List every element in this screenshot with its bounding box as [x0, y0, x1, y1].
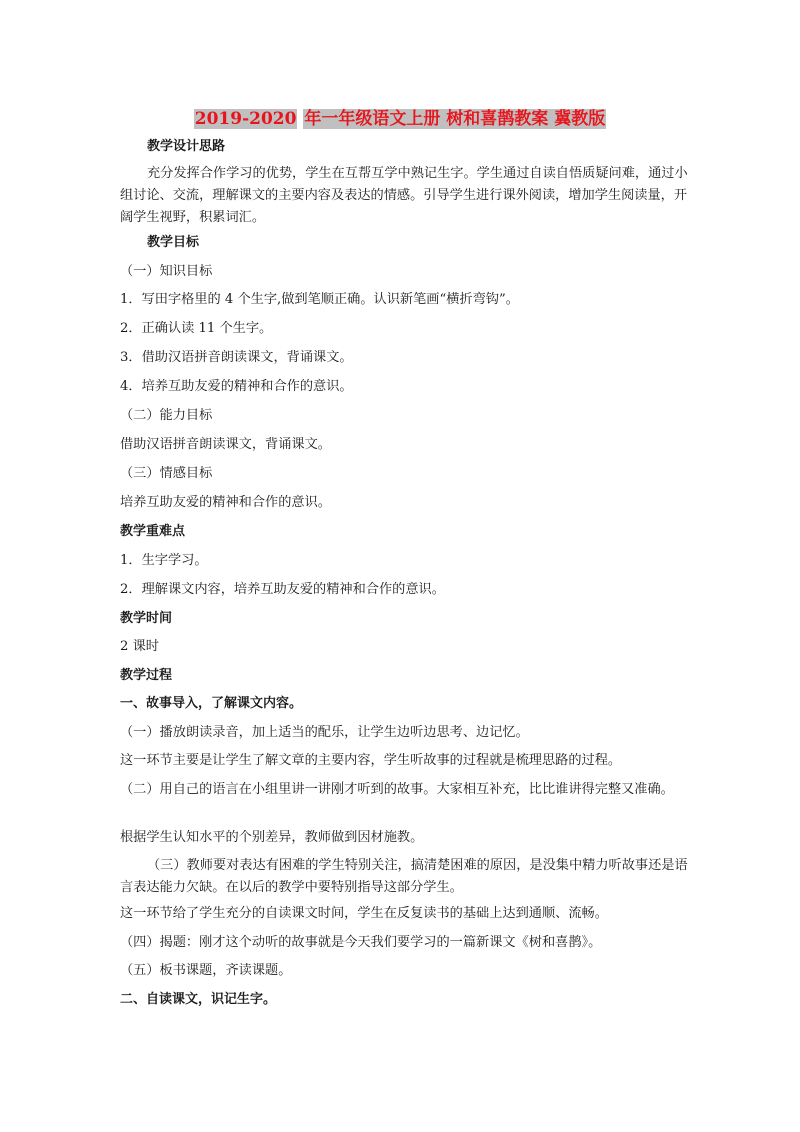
process-line-6: 言表达能力欠缺。在以后的教学中要特别指导这部分学生。: [120, 877, 685, 899]
key-point-1: 1．生字学习。: [120, 550, 685, 572]
design-paragraph-line3: 阔学生视野，积累词汇。: [120, 207, 685, 229]
ability-heading: （二）能力目标: [120, 405, 685, 427]
emotion-heading: （三）情感目标: [120, 463, 685, 485]
document-title: 2019-2020 年一年级语文上册 树和喜鹊教案 冀教版: [0, 108, 800, 130]
title-text: 年一年级语文上册 树和喜鹊教案 冀教版: [303, 109, 606, 129]
document-page: 2019-2020 年一年级语文上册 树和喜鹊教案 冀教版 教学设计思路 充分发…: [0, 0, 800, 1132]
knowledge-item-2: 2．正确认读 11 个生字。: [120, 318, 685, 340]
heading-design: 教学设计思路: [147, 136, 712, 158]
knowledge-heading: （一）知识目标: [120, 261, 685, 283]
heading-process: 教学过程: [120, 665, 685, 687]
process-line-5: （三）教师要对表达有困难的学生特别关注，搞清楚困难的原因，是没集中精力听故事还是…: [147, 855, 712, 877]
process-line-7: 这一环节给了学生充分的自读课文时间，学生在反复读书的基础上达到通顺、流畅。: [120, 903, 685, 925]
process-line-8: （四）揭题：刚才这个动听的故事就是今天我们要学习的一篇新课文《树和喜鹊》。: [120, 932, 685, 954]
process-part1-heading: 一、故事导入，了解课文内容。: [120, 693, 685, 715]
heading-goals: 教学目标: [147, 232, 712, 254]
time-text: 2 课时: [120, 636, 685, 658]
process-line-1: （一）播放朗读录音，加上适当的配乐，让学生边听边思考、边记忆。: [120, 722, 685, 744]
emotion-text: 培养互助友爱的精神和合作的意识。: [120, 492, 685, 514]
process-line-4: 根据学生认知水平的个别差异，教师做到因材施教。: [120, 827, 685, 849]
heading-time: 教学时间: [120, 608, 685, 630]
process-line-9: （五）板书课题，齐读课题。: [120, 960, 685, 982]
knowledge-item-3: 3．借助汉语拼音朗读课文，背诵课文。: [120, 347, 685, 369]
key-point-2: 2．理解课文内容，培养互助友爱的精神和合作的意识。: [120, 579, 685, 601]
process-line-2: 这一环节主要是让学生了解文章的主要内容，学生听故事的过程就是梳理思路的过程。: [120, 750, 685, 772]
process-line-3: （二）用自己的语言在小组里讲一讲刚才听到的故事。大家相互补充，比比谁讲得完整又准…: [120, 779, 685, 801]
heading-key-points: 教学重难点: [120, 521, 685, 543]
ability-text: 借助汉语拼音朗读课文，背诵课文。: [120, 434, 685, 456]
process-part2-heading: 二、自读课文，识记生字。: [120, 989, 685, 1011]
knowledge-item-1: 1．写田字格里的 4 个生字,做到笔顺正确。认识新笔画“横折弯钩”。: [120, 289, 685, 311]
title-year: 2019-2020: [194, 109, 298, 129]
design-paragraph-line2: 组讨论、交流，理解课文的主要内容及表达的情感。引导学生进行课外阅读，增加学生阅读…: [120, 185, 685, 207]
knowledge-item-4: 4．培养互助友爱的精神和合作的意识。: [120, 376, 685, 398]
design-paragraph-line1: 充分发挥合作学习的优势，学生在互帮互学中熟记生字。学生通过自读自悟质疑问难，通过…: [147, 163, 712, 185]
